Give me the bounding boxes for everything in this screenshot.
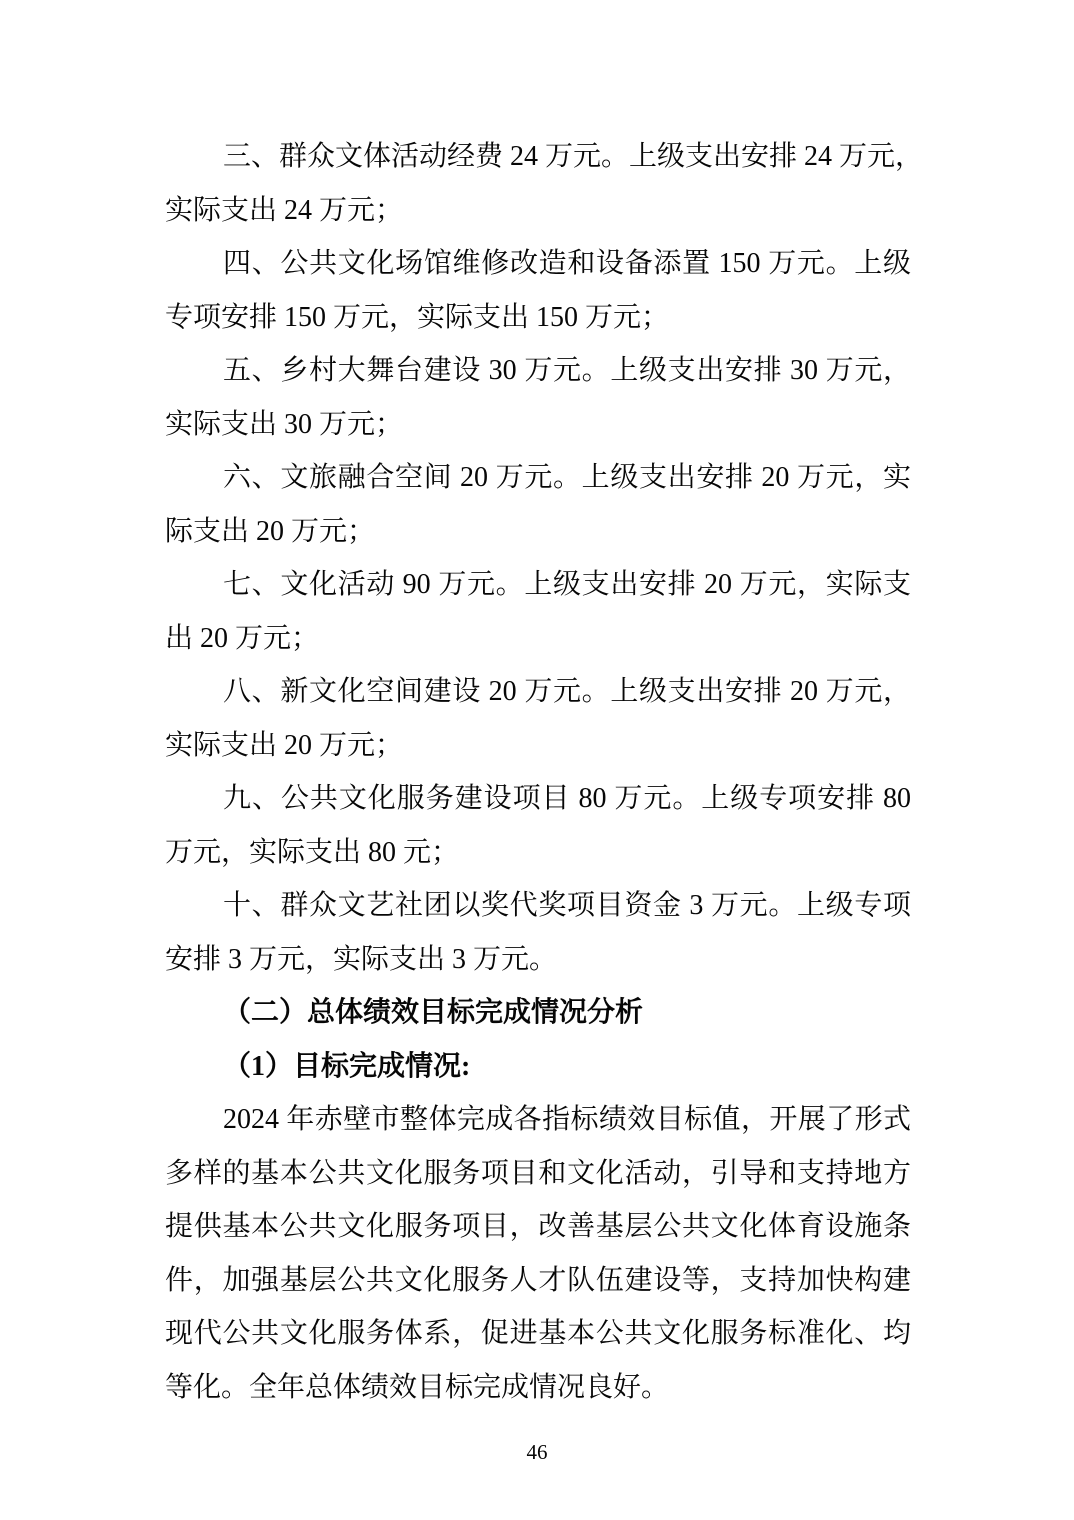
text-line: 2024 年赤壁市整体完成各指标绩效目标值，开展了形式 <box>165 1093 911 1147</box>
text-line: 八、新文化空间建设 20 万元。上级支出安排 20 万元， <box>165 665 911 719</box>
heading-line: （二）总体绩效目标完成情况分析 <box>165 986 911 1040</box>
text-line: 四、公共文化场馆维修改造和设备添置 150 万元。上级 <box>165 237 911 291</box>
page-number: 46 <box>0 1440 1074 1465</box>
text-line: 件，加强基层公共文化服务人才队伍建设等，支持加快构建 <box>165 1254 911 1308</box>
document-body: 三、群众文体活动经费 24 万元。上级支出安排 24 万元，实际支出 24 万元… <box>165 130 911 1414</box>
text-line: 九、公共文化服务建设项目 80 万元。上级专项安排 80 <box>165 772 911 826</box>
text-line: 六、文旅融合空间 20 万元。上级支出安排 20 万元，实 <box>165 451 911 505</box>
text-line: 多样的基本公共文化服务项目和文化活动，引导和支持地方 <box>165 1147 911 1201</box>
text-line: 实际支出 30 万元； <box>165 398 911 452</box>
document-page: 三、群众文体活动经费 24 万元。上级支出安排 24 万元，实际支出 24 万元… <box>0 0 1074 1520</box>
text-line: 等化。全年总体绩效目标完成情况良好。 <box>165 1361 911 1415</box>
text-line: 实际支出 20 万元； <box>165 719 911 773</box>
text-line: 提供基本公共文化服务项目，改善基层公共文化体育设施条 <box>165 1200 911 1254</box>
text-line: 专项安排 150 万元，实际支出 150 万元； <box>165 291 911 345</box>
text-line: 实际支出 24 万元； <box>165 184 911 238</box>
text-line: 出 20 万元； <box>165 612 911 666</box>
text-line: 现代公共文化服务体系，促进基本公共文化服务标准化、均 <box>165 1307 911 1361</box>
text-line: 七、文化活动 90 万元。上级支出安排 20 万元，实际支 <box>165 558 911 612</box>
text-line: 十、群众文艺社团以奖代奖项目资金 3 万元。上级专项 <box>165 879 911 933</box>
text-line: 三、群众文体活动经费 24 万元。上级支出安排 24 万元， <box>165 130 911 184</box>
text-line: 五、乡村大舞台建设 30 万元。上级支出安排 30 万元， <box>165 344 911 398</box>
heading-line: （1）目标完成情况: <box>165 1040 911 1094</box>
text-line: 际支出 20 万元； <box>165 505 911 559</box>
text-line: 安排 3 万元，实际支出 3 万元。 <box>165 933 911 987</box>
text-line: 万元，实际支出 80 元； <box>165 826 911 880</box>
